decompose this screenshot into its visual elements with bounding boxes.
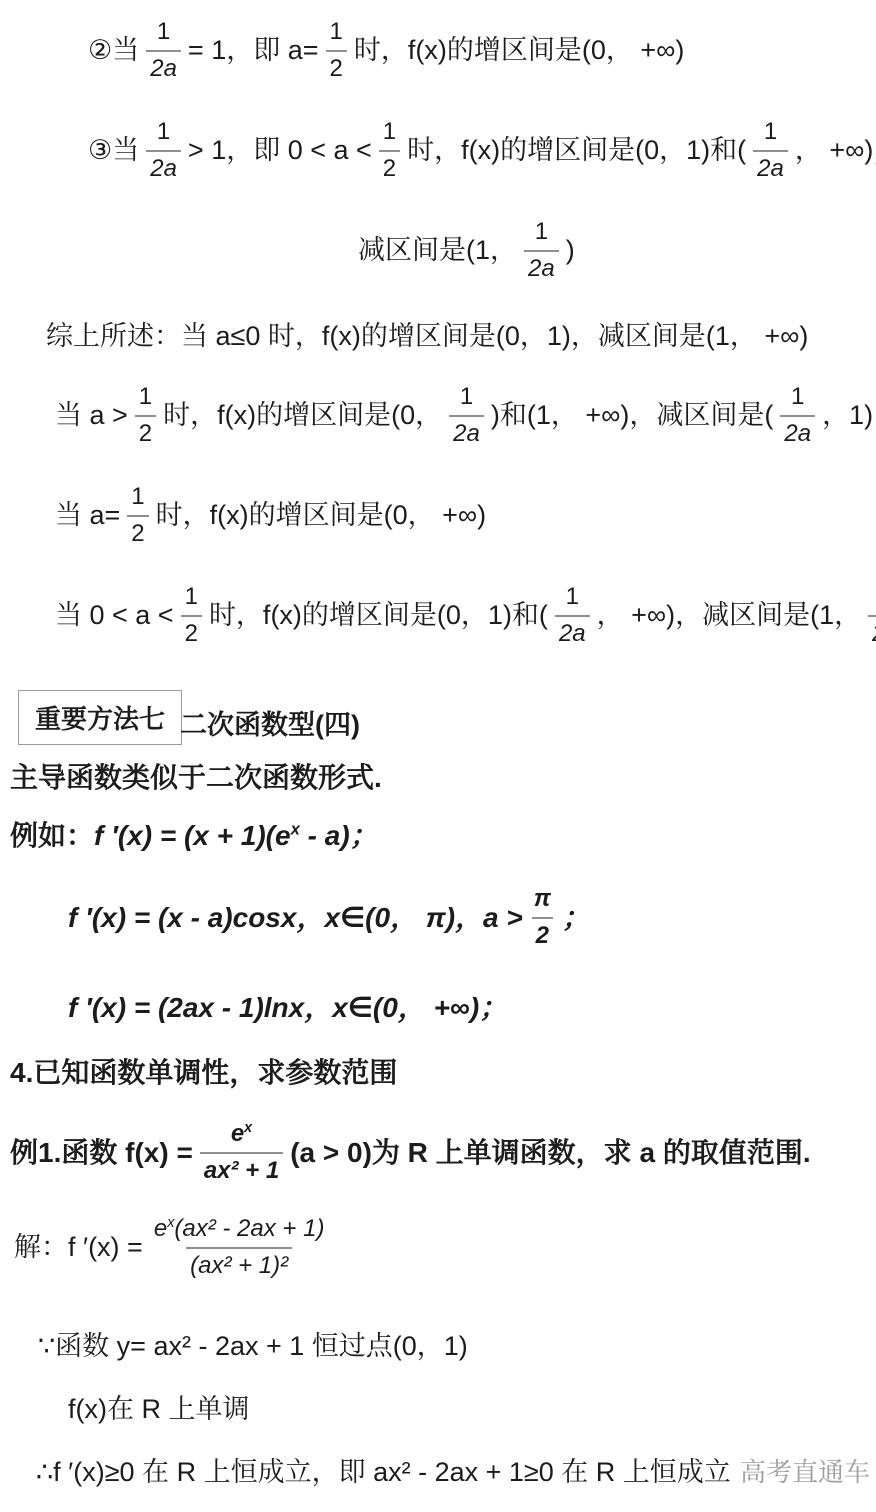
fraction-1-over-2: 12 [326,18,347,84]
solution-step-2-text: f(x)在 R 上单调 [68,1393,250,1427]
case3-mid1: > 1，即 0 < a < [188,134,372,168]
section-4-heading-text: 4.已知函数单调性，求参数范围 [10,1055,397,1090]
fraction-1-over-2a: 12a [146,18,181,84]
example-2-math-post: ； [562,900,590,935]
case2-post: 时，f(x)的增区间是(0， +∞) [354,34,685,68]
s3-post: 时，f(x)的增区间是(0， +∞) [156,499,487,533]
solution-step-1: ∵函数 y= ax² - 2ax + 1 恒过点(0，1) [38,1330,468,1364]
watermark-text: 高考直通车 [740,1457,870,1487]
s4-mid2: ， +∞)，减区间是(1， [597,599,862,633]
case3-pre: ③当 [88,134,139,168]
summary-1-text: 综上所述：当 a≤0 时，f(x)的增区间是(0，1)，减区间是(1， +∞) [46,320,808,354]
fraction-1-over-2a: 12a [449,383,484,449]
case2-pre: ②当 [88,34,139,68]
s2-post: ，1) [822,399,873,433]
fraction-1-over-2a: 12a [753,118,788,184]
example-formula-1: 例如： f ′(x) = (x + 1)(ex - a)； [10,818,378,853]
solution-step-3: ∴f ′(x)≥0 在 R 上恒成立，即 ax² - 2ax + 1≥0 在 R… [36,1456,731,1490]
method-seven-badge: 重要方法七 [18,690,182,745]
solution-step-3-text: ∴f ′(x)≥0 在 R 上恒成立，即 ax² - 2ax + 1≥0 在 R… [36,1456,731,1490]
s4-mid1: 时，f(x)的增区间是(0，1)和( [209,599,548,633]
solution-step-2: f(x)在 R 上单调 [68,1393,250,1427]
fraction-1-over-2a: 12a [780,383,815,449]
fraction-1-over-2: 12 [127,483,148,549]
example-1-statement: 例1.函数 f(x) = exax² + 1 (a > 0)为 R 上单调函数，… [10,1120,811,1186]
fraction-1-over-2a: 12a [868,583,876,649]
summary-line-2: 当 a > 12 时，f(x)的增区间是(0， 12a )和(1， +∞)，减区… [55,383,873,449]
method-seven-description: 主导函数类似于二次函数形式. [10,760,382,795]
case2-mid: = 1，即 a= [188,34,319,68]
fraction-1-over-2a: 12a [146,118,181,184]
method-seven-title-text: 二次函数型(四) [180,710,360,740]
solution-derivative-line: 解：f ′(x) = ex(ax² - 2ax + 1)(ax² + 1)² [14,1215,335,1281]
decrease-pre: 减区间是(1， [358,234,517,268]
fraction-1-over-2: 12 [379,118,400,184]
watermark: 高考直通车 [740,1452,870,1489]
example-1-pre: 例1.函数 f(x) = [10,1135,193,1170]
s2-pre: 当 a > [55,399,128,433]
example-1-math: f ′(x) = (x + 1)(ex - a)； [94,818,378,853]
superscript-x: x [291,820,300,839]
s2-mid2: )和(1， +∞)，减区间是( [491,399,774,433]
superscript-x: x [244,1120,252,1136]
s3-pre: 当 a= [55,499,120,533]
example-3-math: f ′(x) = (2ax - 1)lnx，x∈(0， +∞)； [68,990,507,1025]
example-label: 例如： [10,818,94,853]
solution-step-1-text: ∵函数 y= ax² - 2ax + 1 恒过点(0，1) [38,1330,468,1364]
math-notes-page: ②当 12a = 1，即 a= 12 时，f(x)的增区间是(0， +∞) ③当… [0,0,876,1512]
fraction-1-over-2: 12 [135,383,156,449]
fraction-ex-over-ax2plus1: exax² + 1 [200,1120,283,1186]
fraction-derivative: ex(ax² - 2ax + 1)(ax² + 1)² [150,1215,329,1281]
method-seven-badge-label: 重要方法七 [35,704,165,734]
case3-post: ， +∞)， [795,134,876,168]
section-4-heading: 4.已知函数单调性，求参数范围 [10,1055,397,1090]
summary-line-3: 当 a= 12 时，f(x)的增区间是(0， +∞) [55,483,486,549]
fraction-pi-over-2: π2 [530,885,555,951]
fraction-1-over-2a: 12a [524,218,559,284]
example-formula-3: f ′(x) = (2ax - 1)lnx，x∈(0， +∞)； [68,990,507,1025]
formula-case3-decrease-line: 减区间是(1， 12a ) [358,218,575,284]
s2-mid1: 时，f(x)的增区间是(0， [163,399,442,433]
example-2-math-pre: f ′(x) = (x - a)cosx，x∈(0， π)，a > [68,900,523,935]
fraction-1-over-2: 12 [181,583,202,649]
fraction-1-over-2a: 12a [555,583,590,649]
solution-pre: 解：f ′(x) = [14,1231,143,1265]
formula-case2-line: ②当 12a = 1，即 a= 12 时，f(x)的增区间是(0， +∞) [88,18,684,84]
summary-line-4: 当 0 < a < 12 时，f(x)的增区间是(0，1)和( 12a ， +∞… [55,583,876,649]
summary-line-1: 综上所述：当 a≤0 时，f(x)的增区间是(0，1)，减区间是(1， +∞) [46,320,808,354]
example-1-post: (a > 0)为 R 上单调函数，求 a 的取值范围. [290,1135,810,1170]
decrease-post: ) [566,234,575,268]
formula-case3-line: ③当 12a > 1，即 0 < a < 12 时，f(x)的增区间是(0，1)… [88,118,876,184]
description-text: 主导函数类似于二次函数形式. [10,760,382,795]
method-seven-title: 二次函数型(四) [180,703,360,742]
s4-pre: 当 0 < a < [55,599,174,633]
example-formula-2: f ′(x) = (x - a)cosx，x∈(0， π)，a > π2 ； [68,885,590,951]
case3-mid2: 时，f(x)的增区间是(0，1)和( [407,134,746,168]
